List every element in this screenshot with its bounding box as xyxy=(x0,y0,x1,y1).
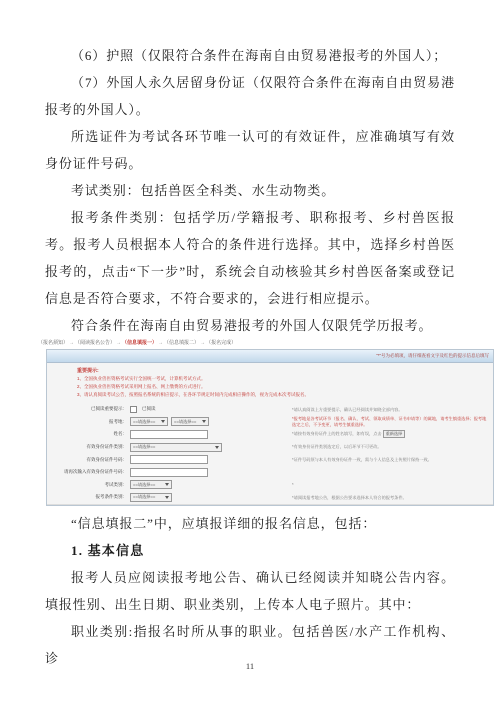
form-footer: 上一步 下一步 xyxy=(47,504,493,506)
name-input[interactable] xyxy=(130,430,208,439)
form-row-id-number-confirm: 请再次输入有效身份证件号码： xyxy=(47,466,493,479)
id-number-input[interactable] xyxy=(130,455,208,464)
select-placeholder: ==请选择== xyxy=(133,444,155,450)
field-note: *请按有效身份证件上的姓名填写，如有误，点击重新选择 xyxy=(292,430,493,438)
paragraph: 报考人员应阅读报考地公告、确认已经阅读并知晓公告内容。填报性别、出生日期、职业类… xyxy=(45,564,455,618)
document-body-top: （6）护照（仅限符合条件在海南自由贸易港报考的外国人）； （7）外国人永久居留身… xyxy=(0,0,500,339)
paragraph: “信息填报二”中，应填报详细的报名信息，包括： xyxy=(45,510,455,537)
note-text: *请按有效身份证件上的姓名填写，如有误，点击 xyxy=(292,431,382,436)
city-select[interactable]: ==请选择== xyxy=(171,417,209,426)
breadcrumb-arrow-icon: → xyxy=(116,340,121,346)
page-number: 11 xyxy=(0,661,500,671)
dropdown-arrow-icon xyxy=(202,420,206,423)
field-label: 请再次输入有效身份证件号码： xyxy=(47,469,130,475)
notice-item: 1、全国执业兽医资格考试实行全国统一考试，计算机考试方式。 xyxy=(77,375,493,383)
field-note: *请阅读报考地公告，根据公告要求选择本人符合的报考条件。 xyxy=(292,495,493,501)
breadcrumb-arrow-icon: → xyxy=(200,340,205,346)
registration-form: 已阅读重要提示： 已阅读 *请认真阅读上方重要提示，确认已经阅读并知晓全部内容。… xyxy=(47,403,493,504)
dropdown-arrow-icon xyxy=(161,420,165,423)
read-confirm-checkbox[interactable] xyxy=(130,406,137,413)
field-note: * xyxy=(292,482,493,488)
form-row-condition-category: 报考条件类别： ==请选择== *请阅读报考地公告，根据公告要求选择本人符合的报… xyxy=(47,491,493,504)
select-placeholder: ==请选择== xyxy=(174,419,196,425)
document-body-bottom: “信息填报二”中，应填报详细的报名信息，包括： 1. 基本信息 报考人员应阅读报… xyxy=(0,507,500,672)
breadcrumb-step-info1-current: （信息填报一） xyxy=(122,340,157,346)
field-note-warning: *报考地是各考试环节（报名、确认、考试、领取成绩单、证书申请等）的属地，请考生慎… xyxy=(292,416,493,427)
notice-item: 2、全国执业兽医资格考试采用网上报名、网上缴费的方式进行。 xyxy=(77,383,493,391)
condition-category-select[interactable]: ==请选择== xyxy=(130,493,172,502)
dropdown-arrow-icon xyxy=(165,496,169,499)
form-row-id-number: 有效身份证件号码： *证件号码须与本人有效身份证件一致，需与个人信息及上传照片保… xyxy=(47,453,493,466)
field-label: 有效身份证件类别： xyxy=(47,444,130,450)
required-fields-note: “*”号为必填项，请仔细查看文字及红色的提示信息后填写 xyxy=(376,353,489,359)
id-type-select[interactable]: ==请选择== xyxy=(130,443,222,452)
paragraph: （7）外国人永久居留身份证（仅限符合条件在海南自由贸易港报考的外国人）。 xyxy=(45,69,455,123)
notice-item: 3、请认真阅读考试公告，按照报名系统的相应提示，在各环节规定时间内完成相应操作的… xyxy=(77,391,493,399)
section-heading: 1. 基本信息 xyxy=(45,537,455,564)
field-note: *请认真阅读上方重要提示，确认已经阅读并知晓全部内容。 xyxy=(292,407,493,413)
form-row-read-confirm: 已阅读重要提示： 已阅读 *请认真阅读上方重要提示，确认已经阅读并知晓全部内容。 xyxy=(47,403,493,416)
field-label: 姓名： xyxy=(47,431,130,437)
registration-form-screenshot: （报名须知）→（阅读报名公告）→（信息填报一）→（信息填报二）→（报名完成） “… xyxy=(38,339,494,506)
dropdown-arrow-icon xyxy=(165,483,169,486)
paragraph: 符合条件在海南自由贸易港报考的外国人仅限凭学历报考。 xyxy=(45,312,455,339)
paragraph: 考试类别：包括兽医全科类、水生动物类。 xyxy=(45,177,455,204)
breadcrumb-step-notice: （报名须知） xyxy=(38,340,68,346)
province-select[interactable]: ==请选择== xyxy=(130,417,168,426)
form-row-name: 姓名： *请按有效身份证件上的姓名填写，如有误，点击重新选择 xyxy=(47,428,493,441)
form-row-exam-category: 考试类别： ==请选择== * xyxy=(47,479,493,492)
field-note: *证件号码须与本人有效身份证件一致，需与个人信息及上传照片保持一致。 xyxy=(292,457,493,463)
breadcrumb-arrow-icon: → xyxy=(69,340,74,346)
reselect-button[interactable]: 重新选择 xyxy=(383,430,406,438)
form-row-exam-location: 报考地： ==请选择== ==请选择== *报考地是各考试环节（报名、确认、考试… xyxy=(47,416,493,429)
paragraph: 所选证件为考试各环节唯一认可的有效证件，应准确填写有效身份证件号码。 xyxy=(45,123,455,177)
exam-category-select[interactable]: ==请选择== xyxy=(130,480,172,489)
important-notice: 重要提示: 1、全国执业兽医资格考试实行全国统一考试，计算机考试方式。 2、全国… xyxy=(47,363,493,401)
field-note: *有效身份证件类别选定后，以后环节不可更改。 xyxy=(292,444,493,450)
breadcrumb-step-complete: （报名完成） xyxy=(206,340,236,346)
select-placeholder: ==请选择== xyxy=(133,494,155,500)
checkbox-label: 已阅读 xyxy=(142,406,156,412)
field-label: 考试类别： xyxy=(47,482,130,488)
breadcrumb: （报名须知）→（阅读报名公告）→（信息填报一）→（信息填报二）→（报名完成） xyxy=(38,339,494,347)
field-label: 已阅读重要提示： xyxy=(47,406,130,412)
dropdown-arrow-icon xyxy=(215,446,219,449)
breadcrumb-step-info2: （信息填报二） xyxy=(164,340,199,346)
field-label: 报考地： xyxy=(47,419,130,425)
notice-title: 重要提示: xyxy=(77,367,493,375)
paragraph: （6）护照（仅限符合条件在海南自由贸易港报考的外国人）； xyxy=(45,42,455,69)
field-label: 有效身份证件号码： xyxy=(47,457,130,463)
breadcrumb-step-announcement: （阅读报名公告） xyxy=(75,340,115,346)
paragraph: 报考条件类别：包括学历/学籍报考、职称报考、乡村兽医报考。报考人员根据本人符合的… xyxy=(45,204,455,312)
form-row-id-type: 有效身份证件类别： ==请选择== *有效身份证件类别选定后，以后环节不可更改。 xyxy=(47,441,493,454)
id-number-confirm-input[interactable] xyxy=(130,468,208,477)
field-label: 报考条件类别： xyxy=(47,494,130,500)
form-panel: “*”号为必填项，请仔细查看文字及红色的提示信息后填写 重要提示: 1、全国执业… xyxy=(46,349,494,506)
select-placeholder: ==请选择== xyxy=(133,419,155,425)
select-placeholder: ==请选择== xyxy=(133,482,155,488)
breadcrumb-arrow-icon: → xyxy=(158,340,163,346)
panel-header-bar: “*”号为必填项，请仔细查看文字及红色的提示信息后填写 xyxy=(47,350,493,363)
